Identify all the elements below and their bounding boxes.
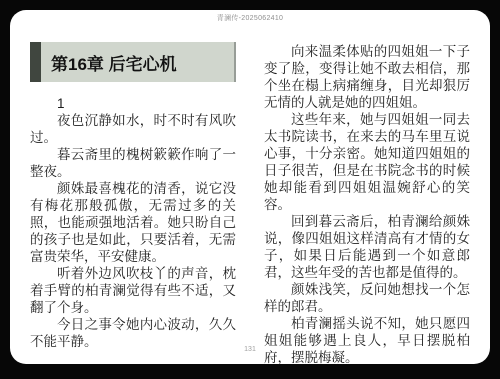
paragraph: 颜姝最喜槐花的清香，说它没有梅花那般孤傲，无需过多的关照，也能顽强地活着。她只盼… [30,180,236,265]
reader-page-surface[interactable]: 青澜传-2025062410 第16章 后宅心机 1 夜色沉静如水，时不时有风吹… [10,10,490,364]
paragraph: 柏青澜摇头说不知，她只愿四姐姐能够遇上良人，早日摆脱柏府，摆脱梅凝。 [264,315,470,366]
paragraph: 这些年来，她与四姐姐一同去太书院读书，在来去的马车里互说心事，十分亲密。她知道四… [264,111,470,213]
paragraph: 暮云斋里的槐树簌簌作响了一整夜。 [30,146,236,180]
paragraph: 回到暮云斋后，柏青澜给颜姝说，像四姐姐这样清高有才情的女子，如果日后能遇到一个如… [264,213,470,281]
paragraph: 颜姝浅笑，反问她想找一个怎样的郎君。 [264,281,470,315]
book-title-header: 青澜传-2025062410 [10,13,490,23]
right-page: 向来温柔体贴的四姐姐一下子变了脸，变得让她不敢去相信，那个坐在榻上病痛缠身，目光… [264,42,470,338]
paragraph: 听着外边风吹枝丫的声音，枕着手臂的柏青澜觉得有些不适，又翻了个身。 [30,265,236,316]
chapter-title: 第16章 后宅心机 [41,50,177,75]
reader-frame: 青澜传-2025062410 第16章 后宅心机 1 夜色沉静如水，时不时有风吹… [0,0,500,379]
paragraph: 向来温柔体贴的四姐姐一下子变了脸，变得让她不敢去相信，那个坐在榻上病痛缠身，目光… [264,43,470,111]
chapter-title-band: 第16章 后宅心机 [30,42,236,82]
two-page-spread: 第16章 后宅心机 1 夜色沉静如水，时不时有风吹过。 暮云斋里的槐树簌簌作响了… [30,42,470,338]
left-page: 第16章 后宅心机 1 夜色沉静如水，时不时有风吹过。 暮云斋里的槐树簌簌作响了… [30,42,236,338]
page-number: 131 [10,346,490,353]
paragraph: 夜色沉静如水，时不时有风吹过。 [30,112,236,146]
paragraph: 1 [30,95,236,112]
paragraph: 今日之事令她内心波动，久久不能平静。 [30,316,236,350]
